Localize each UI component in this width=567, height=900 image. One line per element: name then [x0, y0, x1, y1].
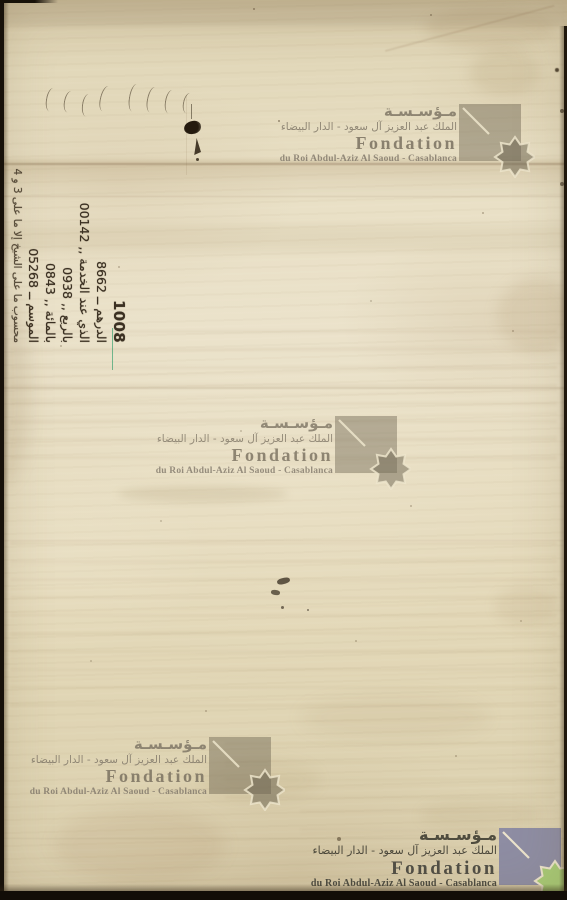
handwriting-line: بالربع ,, 0938 [59, 0, 76, 343]
handwritten-ledger: 1008 الدرهم ــ 8662 الذي عند الخدمة ,, 0… [8, 0, 127, 343]
ink-dot [307, 609, 309, 611]
handwriting-line: الدرهم ــ 8662 [93, 0, 110, 343]
stain [470, 50, 540, 95]
bleed-through-text [10, 542, 557, 722]
foundation-french-subtitle: du Roi Abdul-Aziz Al Saoud - Casablanca [267, 153, 457, 165]
pen-flourish [163, 89, 181, 115]
foundation-french-title: Fondation [267, 134, 457, 153]
foundation-stamp-text: مـؤسـسـة الملك عبد العزيز آل سعود - الدا… [307, 824, 497, 890]
foundation-logo-icon [335, 416, 411, 490]
scanned-document-page: 1008 الدرهم ــ 8662 الذي عند الخدمة ,, 0… [0, 0, 567, 900]
foundation-arabic-title: مـؤسـسـة [267, 102, 457, 120]
ink-scratch [191, 104, 192, 119]
ink-blot [183, 120, 202, 135]
foundation-logo-icon [209, 737, 285, 811]
foundation-arabic-title: مـؤسـسـة [143, 414, 333, 432]
pen-flourish [181, 92, 199, 115]
foundation-arabic-subtitle: الملك عبد العزيز آل سعود - الدار البيضاء [143, 432, 333, 446]
foundation-arabic-subtitle: الملك عبد العزيز آل سعود - الدار البيضاء [307, 844, 497, 858]
foundation-arabic-title: مـؤسـسـة [307, 826, 497, 844]
pen-flourish [144, 86, 163, 114]
handwriting-line: الذي عند الخدمة ,, 00142 [76, 0, 93, 343]
foundation-logo-icon [459, 104, 535, 178]
scan-border-bottom-fade [0, 884, 567, 891]
scan-border-bottom [0, 891, 567, 900]
pen-flourish [127, 83, 146, 113]
foundation-french-title: Fondation [143, 446, 333, 465]
stain [425, 8, 555, 48]
handwriting-line: محسوب ما على الشيخ إلا ما على 3 و 4 [8, 0, 25, 343]
foundation-arabic-subtitle: الملك عبد العزيز آل سعود - الدار البيضاء [17, 753, 207, 767]
handwriting-line: بالمائة ,, 0843 [42, 0, 59, 343]
ink-dot [281, 606, 284, 609]
foundation-watermark-middle: مـؤسـسـة الملك عبد العزيز آل سعود - الدا… [143, 412, 411, 490]
stain [55, 808, 225, 883]
foundation-arabic-subtitle: الملك عبد العزيز آل سعود - الدار البيضاء [267, 120, 457, 134]
foundation-french-title: Fondation [307, 859, 497, 878]
foundation-arabic-title: مـؤسـسـة [17, 735, 207, 753]
handwriting-line: الموسم ــ 05268 [25, 0, 42, 343]
fold-crease [0, 540, 567, 541]
foundation-watermark-text: مـؤسـسـة الملك عبد العزيز آل سعود - الدا… [17, 733, 207, 798]
scan-border-top-left [0, 0, 58, 3]
ink-drip [193, 138, 201, 155]
ink-dot [196, 158, 199, 161]
foundation-french-subtitle: du Roi Abdul-Aziz Al Saoud - Casablanca [143, 465, 333, 477]
scan-border-left-fade [4, 0, 9, 900]
foundation-watermark-text: مـؤسـسـة الملك عبد العزيز آل سعود - الدا… [267, 100, 457, 165]
handwriting-line: 1008 [110, 0, 127, 343]
foundation-french-subtitle: du Roi Abdul-Aziz Al Saoud - Casablanca [17, 786, 207, 798]
foundation-watermark-top: مـؤسـسـة الملك عبد العزيز آل سعود - الدا… [267, 100, 535, 178]
foundation-french-title: Fondation [17, 767, 207, 786]
foundation-watermark-lower: مـؤسـسـة الملك عبد العزيز آل سعود - الدا… [17, 733, 285, 811]
foundation-watermark-text: مـؤسـسـة الملك عبد العزيز آل سعود - الدا… [143, 412, 333, 477]
